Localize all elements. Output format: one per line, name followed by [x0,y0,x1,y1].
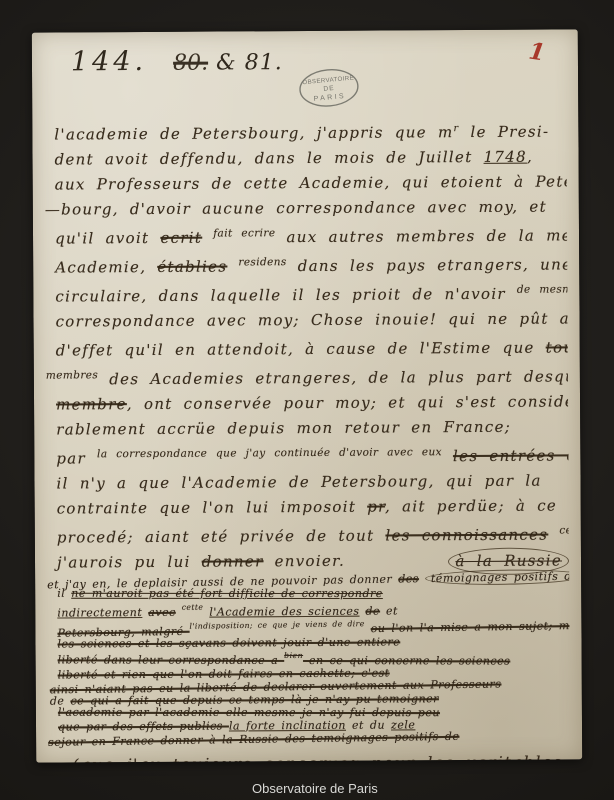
manuscript-segment-i: la correspondance que j'ay continuée d'a… [97,446,442,460]
manuscript-segment-x: que par des effets publics [58,719,229,733]
manuscript-segment-n: par [56,449,97,467]
manuscript-segment-x: de [365,605,380,618]
manuscript-segment-n: j'aurois pu lui [57,553,202,572]
manuscript-segment-u: l'Academie des sciences [209,605,359,619]
manuscript-segment-n: dent avoit deffendu, dans le mois de Jui… [54,148,483,169]
manuscript-segment-n: , ait perdüe; à ce [385,496,557,515]
manuscript-line: contrainte que l'on lui imposoit pr, ait… [47,493,569,521]
manuscript-segment-n [442,447,453,465]
manuscript-segment-x: ecrit [160,229,202,247]
manuscript-segment-x: des [398,572,419,585]
stamp-oval-icon: OBSERVATOIRE DE PARIS [295,64,363,112]
manuscript-text: l'academie de Petersbourg, j'appris que … [44,115,570,762]
manuscript-line: —bourg, d'avoir aucune correspondance av… [45,194,567,222]
manuscript-segment-o: témoignages positifs de [425,568,570,586]
manuscript-segment-n: , ont conservée pour moy; et qui s'est c… [127,392,570,413]
manuscript-segment-x: en ce qui concerne les sciences [303,654,510,668]
manuscript-segment-n: des Academies etrangeres, de la plus par… [98,367,570,389]
manuscript-segment-n: il n'y a que l'Academie de Petersbourg, … [56,472,541,493]
manuscript-segment-x: liberté dans leur correspondance a [58,653,285,667]
manuscript-segment-i: l'indisposition; ce que je viens de dire [189,619,364,631]
manuscript-line: il ne m'auroit pas été fort difficile de… [47,587,569,600]
manuscript-segment-b: ne m'auroit pas été fort difficile de co… [71,587,383,600]
old-folio-number-struck: 80. [173,51,208,76]
new-folio-number: & 81. [216,50,283,75]
manuscript-segment-n: l'academie de Petersbourg, j'appris que … [54,123,453,143]
manuscript-segment-n [548,525,559,543]
manuscript-segment-n: contrainte que l'on lui imposoit [57,498,368,518]
manuscript-segment-n: il [57,587,71,600]
manuscript-segment-i: fait ecrire [213,227,275,239]
manuscript-segment-n: dans les pays etrangers, une lettre [287,255,571,275]
manuscript-page: 144. 80. & 81. 1 OBSERVATOIRE DE PARIS l… [32,29,582,762]
manuscript-line: d'effet qu'il en attendoit, à cause de l… [46,331,568,363]
manuscript-line: rablement accrüe depuis mon retour en Fr… [46,414,568,442]
manuscript-line: qu'il avoit ecrit fait ecrire aux autres… [45,219,567,251]
manuscript-segment-n: d'effet qu'il en attendoit, à cause de l… [56,339,546,360]
manuscript-line: il n'y a que l'Academie de Petersbourg, … [46,468,568,496]
manuscript-segment-n: rablement accrüe depuis mon retour en Fr… [56,418,511,439]
manuscript-segment-n: , [527,148,533,166]
manuscript-line: aux Professeurs de cette Academie, qui e… [45,169,567,197]
manuscript-segment-x: les connoissances [385,526,548,545]
manuscript-segment-n: —bourg, d'avoir aucune correspondance av… [45,198,547,219]
manuscript-line: circulaire, dans laquelle il les prioit … [45,277,567,309]
manuscript-segment-x: l'academie par l'academie elle mesme je … [58,706,440,719]
manuscript-line: correspondance avec moy; Chose inouie! q… [45,306,567,334]
manuscript-line: l'academie par l'academie elle mesme je … [48,706,570,719]
manuscript-line: dent avoit deffendu, dans le mois de Jui… [44,144,566,172]
manuscript-segment-n: (que j'ay toujours conservez pour les ve… [72,752,570,763]
manuscript-segment-i: cette [182,603,204,612]
manuscript-segment-x: toutes les [546,338,571,357]
manuscript-segment-x: ou l'on l'a mise a mon sujet; mais [371,619,571,635]
stamp-text-line3: PARIS [313,93,346,103]
manuscript-segment-n: et du [346,718,391,731]
manuscript-segment-i: ce [559,524,570,536]
manuscript-segment-n: aux Professeurs de cette Academie, qui e… [55,172,571,193]
manuscript-line: (que j'ay toujours conservez pour les ve… [48,749,570,762]
manuscript-segment-x: donner [202,552,264,570]
manuscript-segment-n: Academie, [55,258,157,277]
manuscript-segment-x: membre [56,395,127,413]
photograph-background: 144. 80. & 81. 1 OBSERVATOIRE DE PARIS l… [0,0,614,800]
manuscript-segment-n: envoier. [263,552,345,570]
stamp-text-line2: DE [323,85,335,93]
manuscript-segment-i: membres [46,369,98,381]
manuscript-segment-n: qu'il avoit [55,229,160,248]
manuscript-line: membre, ont conservée pour moy; et qui s… [46,389,568,417]
manuscript-segment-n: le Presi- [459,123,549,142]
manuscript-line: Academie, établies residens dans les pay… [45,248,567,280]
manuscript-segment-x: les entrées de ma correspondance [453,445,570,465]
manuscript-segment-n: et [380,604,398,617]
observatory-stamp: OBSERVATOIRE DE PARIS [295,64,363,116]
manuscript-segment-u: la forte inclination [229,719,346,733]
folio-number: 144. [71,46,147,77]
folio-numbers: 144. 80. & 81. [71,45,283,77]
manuscript-line: membres des Academies etrangeres, de la … [46,360,568,392]
manuscript-segment-n: procedé; aiant eté privée de tout [57,527,386,547]
manuscript-line: l'academie de Petersbourg, j'appris que … [44,115,566,147]
manuscript-segment-u: 1748 [484,148,527,166]
manuscript-segment-n [227,257,238,275]
manuscript-segment-i: residens [238,256,286,268]
manuscript-segment-x: avec [148,606,176,619]
manuscript-segment-u: indirectement [57,606,142,620]
manuscript-segment-x: établies [157,257,227,275]
manuscript-segment-i: de mesme [517,283,570,295]
manuscript-segment-x: pr [367,498,385,516]
manuscript-segment-n: aux autres membres de la mesme — [275,226,570,246]
photo-caption: Observatoire de Paris [252,781,378,796]
manuscript-line: par la correspondance que j'ay continuée… [46,439,568,471]
manuscript-line: liberté dans leur correspondance a bien … [48,648,570,667]
red-page-mark: 1 [527,38,547,67]
manuscript-line: procedé; aiant eté privée de tout les co… [47,518,569,550]
manuscript-segment-n: circulaire, dans laquelle il les prioit … [55,285,517,306]
manuscript-segment-n: correspondance avec moy; Chose inouie! q… [55,309,570,330]
manuscript-segment-n [202,229,213,247]
manuscript-segment-j: bien [284,651,303,660]
manuscript-segment-x: Petersbourg, malgré [57,625,189,640]
